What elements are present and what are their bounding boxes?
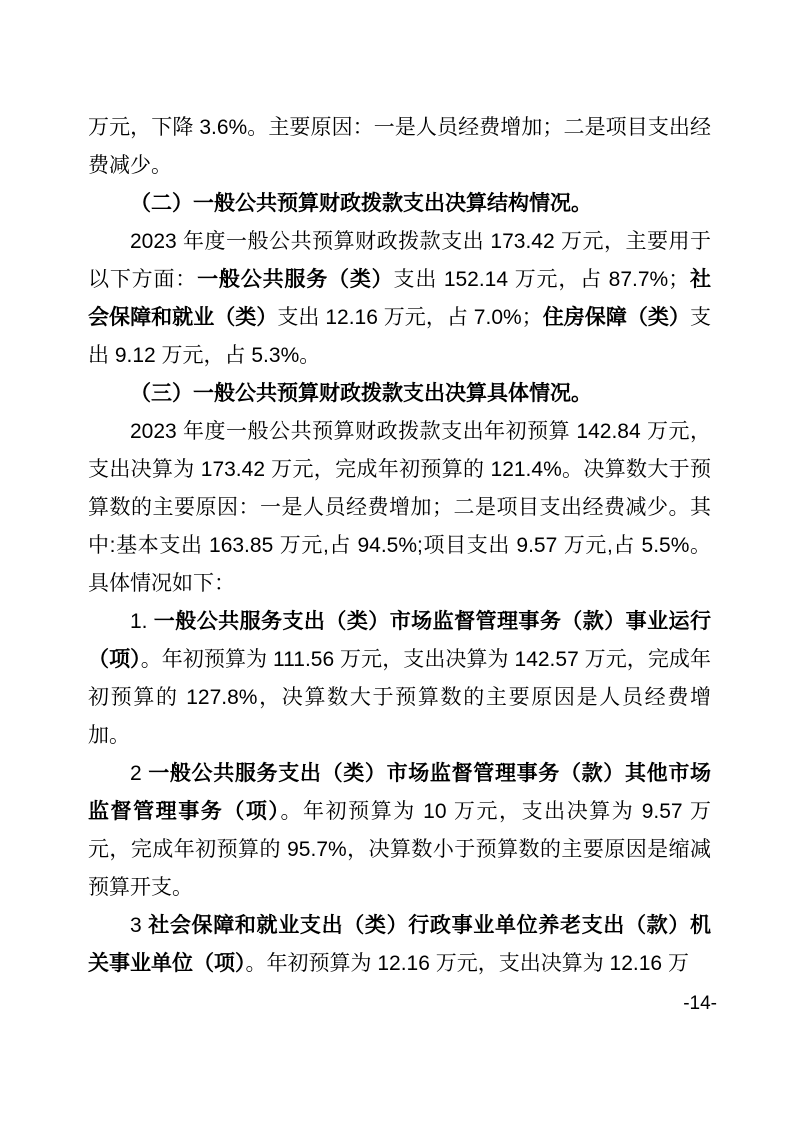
document-page: 万元，下降 3.6%。主要原因：一是人员经费增加；二是项目支出经费减少。 （二）…	[0, 0, 793, 1122]
section-heading-2: （二）一般公共预算财政拨款支出决算结构情况。	[88, 185, 711, 223]
page-number: -14-	[683, 992, 717, 1016]
heading-text: （三）一般公共预算财政拨款支出决算具体情况。	[130, 382, 592, 405]
item-number: 3	[130, 914, 148, 937]
list-item-3: 3 社会保障和就业支出（类）行政事业单位养老支出（款）机关事业单位（项）。年初预…	[88, 907, 711, 983]
text-run-bold: 住房保障（类）	[543, 306, 690, 329]
item-number: 2	[130, 762, 148, 785]
list-item-1: 1. 一般公共服务支出（类）市场监督管理事务（款）事业运行（项）。年初预算为 1…	[88, 603, 711, 755]
text-run: 。年初预算为 12.16 万元，支出决算为 12.16 万	[246, 952, 689, 975]
item-number: 1.	[130, 610, 154, 633]
text-run: 万元，下降 3.6%。主要原因：一是人员经费增加；二是项目支出经费减少。	[88, 116, 711, 177]
list-item-2: 2 一般公共服务支出（类）市场监督管理事务（款）其他市场监督管理事务（项）。年初…	[88, 755, 711, 907]
text-run: 。年初预算为 111.56 万元，支出决算为 142.57 万元，完成年初预算的…	[88, 648, 711, 747]
text-run-bold: 一般公共服务（类）	[197, 268, 393, 291]
text-run: 支出 12.16 万元，占 7.0%；	[277, 306, 542, 329]
paragraph-detail-intro: 2023 年度一般公共预算财政拨款支出年初预算 142.84 万元，支出决算为 …	[88, 413, 711, 603]
text-run: 2023 年度一般公共预算财政拨款支出年初预算 142.84 万元，支出决算为 …	[88, 420, 711, 595]
document-body: 万元，下降 3.6%。主要原因：一是人员经费增加；二是项目支出经费减少。 （二）…	[88, 109, 711, 983]
text-run: 支出 152.14 万元，占 87.7%；	[394, 268, 690, 291]
paragraph-structure: 2023 年度一般公共预算财政拨款支出 173.42 万元，主要用于以下方面：一…	[88, 223, 711, 375]
section-heading-3: （三）一般公共预算财政拨款支出决算具体情况。	[88, 375, 711, 413]
heading-text: （二）一般公共预算财政拨款支出决算结构情况。	[130, 192, 592, 215]
paragraph-continuation: 万元，下降 3.6%。主要原因：一是人员经费增加；二是项目支出经费减少。	[88, 109, 711, 185]
